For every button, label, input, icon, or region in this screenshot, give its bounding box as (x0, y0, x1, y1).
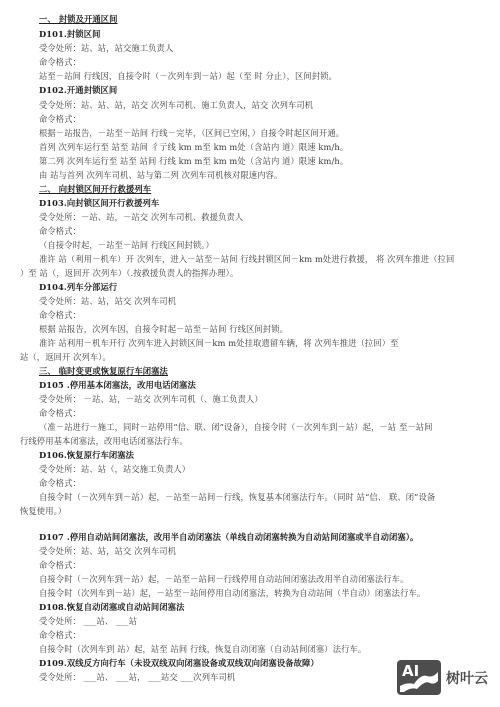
body-text: 站至－站间 行线因，自接令时（－次列车到－站）起（至 时 分止），区间封锁。 (39, 71, 337, 82)
body-text: 自接令时（次列车到 站）起，站至 站间 行线，恢复自动闭塞（自动站间闭塞）法行车… (39, 644, 366, 655)
body-text: 自接令时（－次列车到－站）起，－站至－站间－行线停用自动站间闭塞法改用半自动闭塞… (39, 574, 408, 585)
command-heading: D102.开通封锁区间 (39, 85, 117, 96)
watermark-logo: AI 树叶云 (397, 660, 488, 695)
mountain-icon (397, 660, 441, 695)
command-heading: D104.列车分部运行 (39, 282, 117, 293)
body-text: 站（，返回开 次列车）。 (20, 352, 111, 363)
body-text: 受令处所：站、站、站，站交 次列车司机、施工负责人，站交 次列车司机 (39, 100, 313, 111)
command-heading: D106.恢复原行车闭塞法 (39, 450, 134, 461)
body-text: 准许 站利用－机车开行 次列车进入封锁区间－km m处挂取遗留车辆，将 次列车推… (39, 338, 399, 349)
body-text: 首列 次列车运行至 站至 站间 彳亍线 km m至 km m处（含站内 道）限速… (39, 142, 348, 153)
section-title: 二、 向封锁区间开行救援列车 (39, 184, 151, 195)
body-text: 受令处所：站、站，站交 次列车司机 (39, 296, 176, 307)
body-text: 自接令时（次列车到－站）起，－站至－站间停用自动闭塞法，转换为自动站间（半自动）… (39, 588, 425, 599)
body-text: 受令处所： ___站、 ___站 (39, 616, 137, 627)
body-text: 受令处所：站、站（，站交施工负责人） (39, 464, 190, 475)
body-text: 根据－站报告，－站至－站间 行线－完毕，（区间已空闲，）自接令时起区间开通。 (39, 128, 344, 139)
section-title: 三、 临时变更或恢复原行车闭塞法 (39, 366, 168, 377)
command-heading: D109.双线反方向行车（未设双线双向闭塞设备或双线双向闭塞设备故障） (39, 658, 319, 669)
body-text: 命令格式： (39, 478, 81, 489)
body-text: 行线停用基本闭塞法，改用电话闭塞法行车。 (20, 436, 188, 447)
command-heading: D105 .停用基本闭塞法，改用电话闭塞法 (39, 380, 196, 391)
body-text: 受令处所：站、站，站交施工负责人 (39, 43, 173, 54)
body-text: （准－站进行－施工，同时－站停用“信、联、闭”设备），自接令时（－次列车到－站）… (39, 422, 433, 433)
body-text: 第二列 次列车运行至 站至 站间 行线 km m至 km m处（含站内 道）限速… (39, 156, 348, 167)
body-text: 命令格式： (39, 310, 81, 321)
body-text: 由 站与首列 次列车司机、站与第二列 次列车司机核对限速内容。 (39, 170, 282, 181)
body-text: ）至 站（，返回开 次列车）（.按救援负责人的指挥办理）。 (20, 268, 238, 279)
body-text: 恢复使用。） (20, 506, 66, 517)
body-text: 命令格式： (39, 57, 81, 68)
section-title: 一、 封锁及开通区间 (39, 14, 118, 25)
body-text: （自接令时起，－站至－站间 行线区间封锁。） (39, 240, 214, 251)
body-text: 命令格式： (39, 226, 81, 237)
body-text: 受令处所： －站、站，－站交 次列车司机（、施工负责人） (39, 394, 263, 405)
body-text: 准许 站（利用－机车）开 次列车，进入－站至－站间 行线封锁区间－km m处进行… (39, 254, 454, 265)
body-text: 受令处所：站、站，站交 次列车司机 (39, 546, 176, 557)
command-heading: D108.恢复自动闭塞或自动站间闭塞法 (39, 602, 184, 613)
command-heading: D103.向封锁区间开行救援列车 (39, 198, 159, 209)
body-text: 命令格式： (39, 408, 81, 419)
command-heading: D107 .停用自动站间闭塞法，改用半自动闭塞法（单线自动闭塞转换为自动站间闭塞… (39, 532, 418, 543)
document-page: AI 树叶云 一、 封锁及开通区间D101.封锁区间受令处所：站、站，站交施工负… (0, 0, 500, 707)
ai-image-icon: AI (397, 660, 441, 695)
body-text: 命令格式： (39, 630, 81, 641)
command-heading: D101.封锁区间 (39, 29, 101, 40)
body-text: 命令格式： (39, 114, 81, 125)
body-text: 命令格式： (39, 560, 81, 571)
body-text: 受令处所： ___站、 ___站， ___站交 ___次列车司机 (39, 672, 235, 683)
body-text: 受令处所：－站、站，－站交 次列车司机、救援负责人 (39, 212, 243, 223)
body-text: 自接令时（－次列车到－站）起，－站至－站间－行线，恢复基本闭塞法行车。（同时 站… (39, 492, 435, 503)
body-text: 根据 站报告，次列车因，自接令时起－站至－站间 行线区间封锁。 (39, 324, 288, 335)
brand-name: 树叶云 (446, 668, 488, 688)
